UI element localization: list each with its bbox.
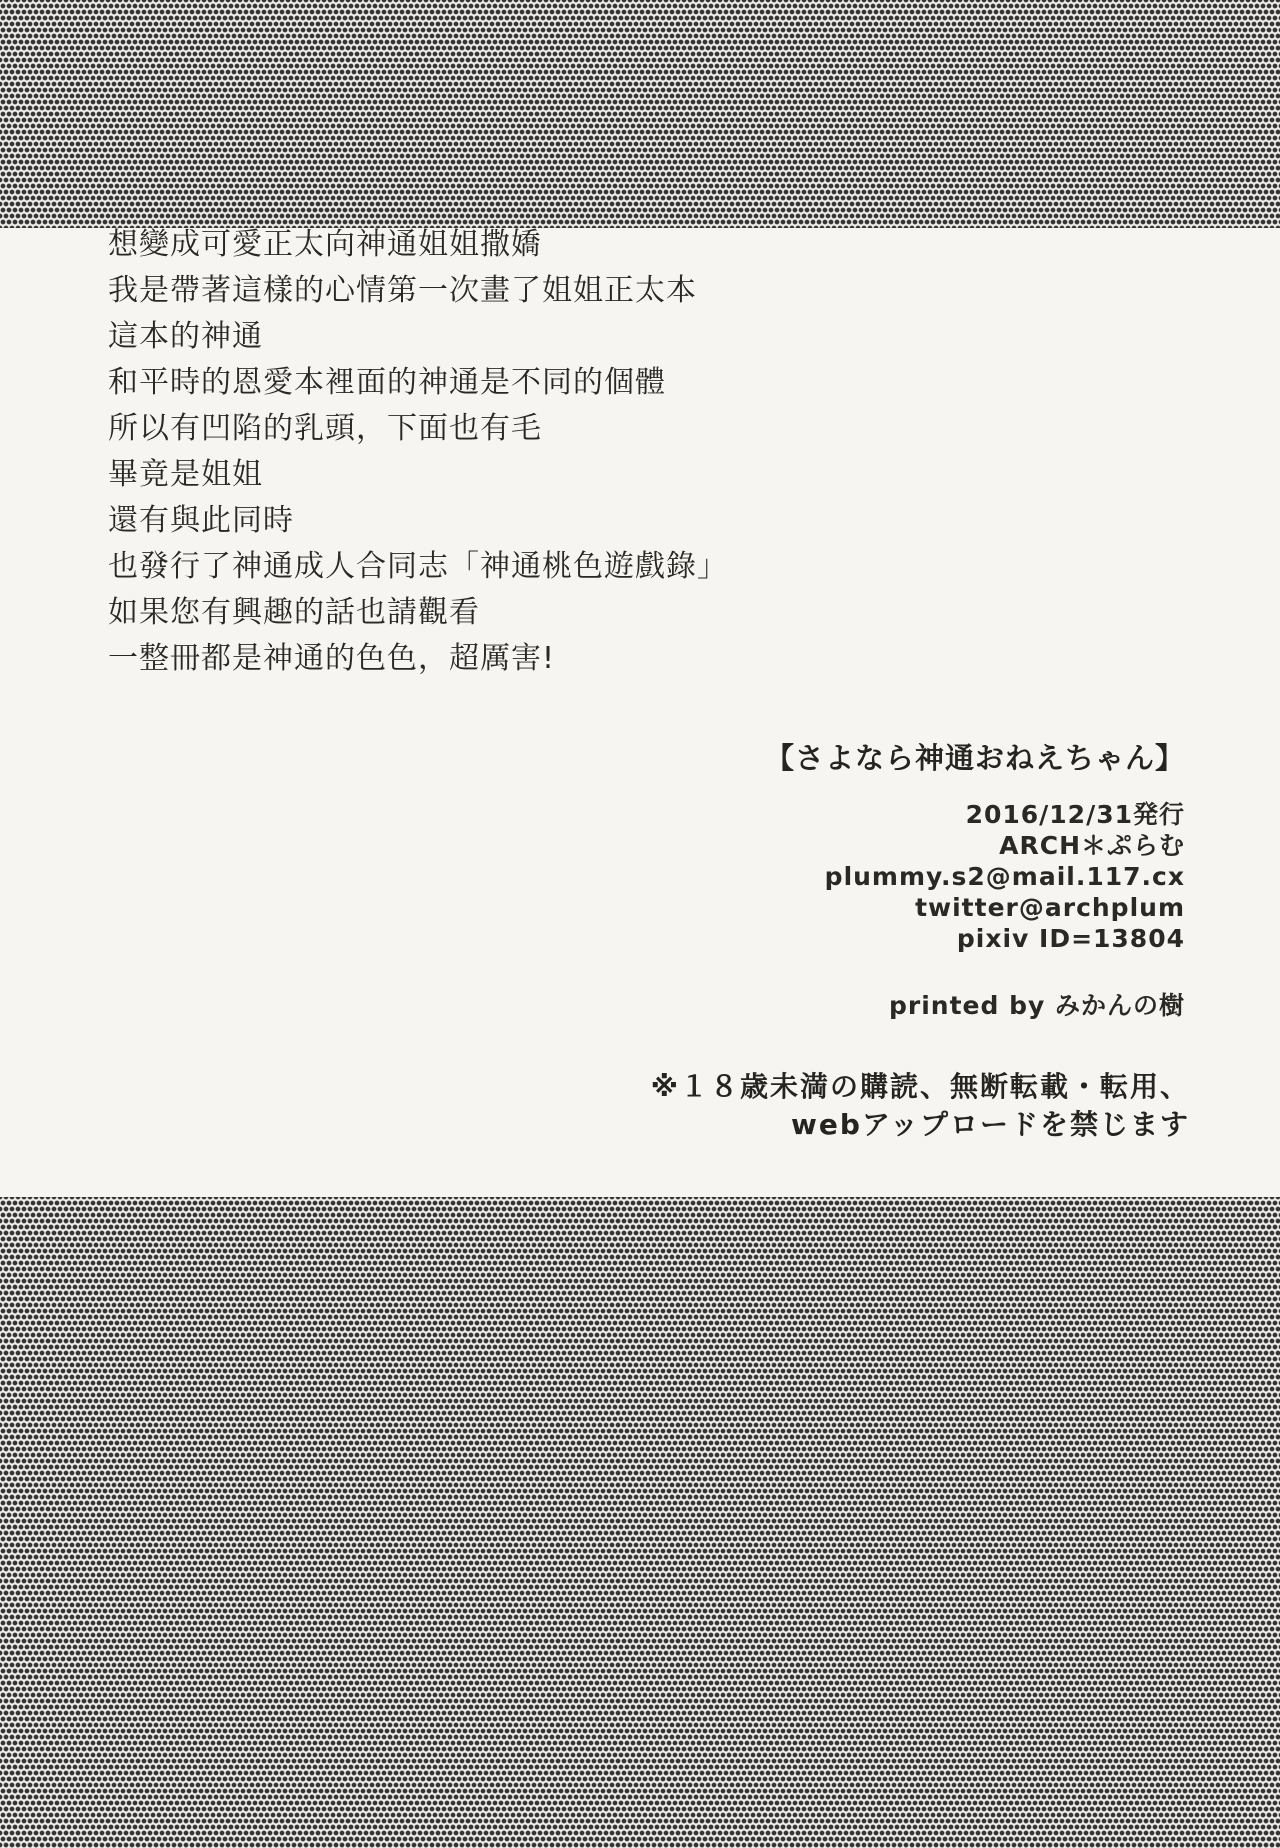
colophon-publish-date: 2016/12/31発行 bbox=[825, 799, 1185, 830]
afterword-line: 也發行了神通成人合同志「神通桃色遊戲錄」 bbox=[108, 544, 1168, 590]
printed-by-line: printed by みかんの樹 bbox=[889, 986, 1185, 1022]
afterword-text-block: 想變成可愛正太向神通姐姐撒嬌 我是帶著這樣的心情第一次畫了姐姐正太本 這本的神通… bbox=[108, 222, 1168, 682]
colophon-email: plummy.s2@mail.117.cx bbox=[825, 861, 1185, 892]
afterword-line: 這本的神通 bbox=[108, 314, 1168, 360]
halftone-band-top bbox=[0, 0, 1280, 228]
afterword-line: 如果您有興趣的話也請觀看 bbox=[108, 590, 1168, 636]
colophon-block: 2016/12/31発行 ARCH＊ぷらむ plummy.s2@mail.117… bbox=[825, 799, 1185, 954]
scanned-afterword-page: 想變成可愛正太向神通姐姐撒嬌 我是帶著這樣的心情第一次畫了姐姐正太本 這本的神通… bbox=[0, 0, 1280, 1848]
afterword-line: 我是帶著這樣的心情第一次畫了姐姐正太本 bbox=[108, 268, 1168, 314]
disclaimer-line: webアップロードを禁じます bbox=[651, 1106, 1190, 1144]
halftone-band-bottom bbox=[0, 1197, 1280, 1848]
disclaimer-line: ※１８歳未満の購読、無断転載・転用、 bbox=[651, 1068, 1190, 1106]
afterword-line: 和平時的恩愛本裡面的神通是不同的個體 bbox=[108, 360, 1168, 406]
afterword-line: 畢竟是姐姐 bbox=[108, 452, 1168, 498]
colophon-twitter: twitter@archplum bbox=[825, 892, 1185, 923]
afterword-line: 所以有凹陷的乳頭，下面也有毛 bbox=[108, 406, 1168, 452]
colophon-circle-name: ARCH＊ぷらむ bbox=[825, 830, 1185, 861]
afterword-line: 還有與此同時 bbox=[108, 498, 1168, 544]
book-title: 【さよなら神通おねえちゃん】 bbox=[765, 736, 1185, 777]
colophon-pixiv-id: pixiv ID=13804 bbox=[825, 923, 1185, 954]
afterword-line: 想變成可愛正太向神通姐姐撒嬌 bbox=[108, 222, 1168, 268]
age-disclaimer: ※１８歳未満の購読、無断転載・転用、 webアップロードを禁じます bbox=[651, 1068, 1190, 1144]
afterword-line: 一整冊都是神通的色色，超厲害! bbox=[108, 636, 1168, 682]
